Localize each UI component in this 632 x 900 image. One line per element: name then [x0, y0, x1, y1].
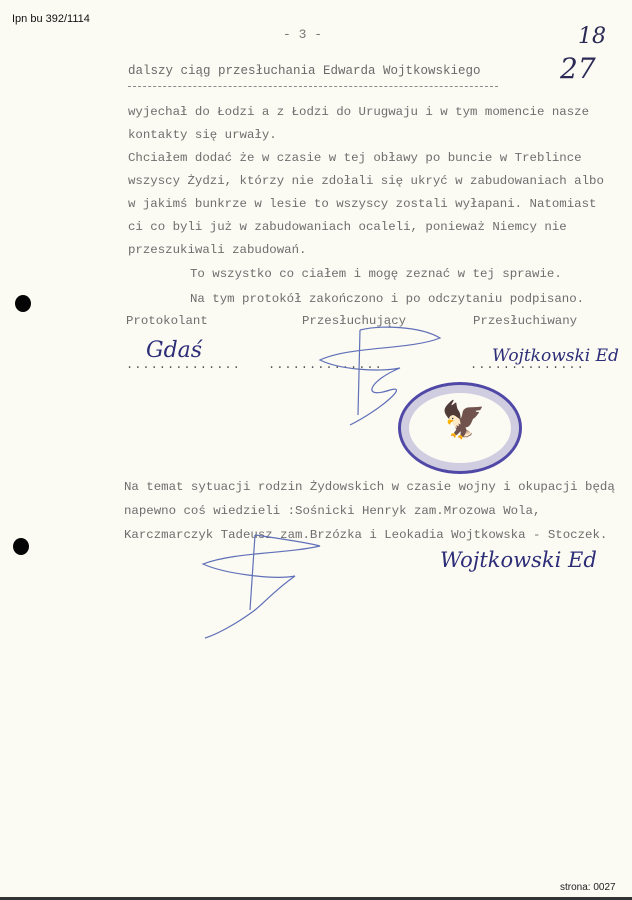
punch-hole-icon: [13, 538, 29, 555]
closing-line: Na tym protokół zakończono i po odczytan…: [128, 288, 628, 311]
signature-addendum: Wojtkowski Ed: [440, 548, 597, 572]
body-line: ci co byli już w zabudowaniach ocaleli, …: [128, 216, 628, 239]
punch-hole-icon: [15, 295, 31, 312]
addendum-line: Na temat sytuacji rodzin Żydowskich w cz…: [124, 475, 632, 499]
handwritten-number-top: 18: [578, 24, 606, 49]
body-line: Chciałem dodać że w czasie w tej obławy …: [128, 147, 628, 170]
body-line: wyjechał do Łodzi a z Łodzi do Urugwaju …: [128, 101, 628, 124]
signature-przesluchiwany: Wojtkowski Ed: [492, 346, 619, 366]
archive-reference: Ipn bu 392/1114: [12, 13, 90, 25]
signature-addendum-scribble-icon: [195, 530, 335, 640]
label-protokolant: Protokolant: [126, 314, 208, 328]
label-przesluchiwany: Przesłuchiwany: [473, 314, 577, 328]
testimony-body: wyjechał do Łodzi a z Łodzi do Urugwaju …: [128, 101, 628, 311]
body-line: kontakty się urwały.: [128, 124, 628, 147]
eagle-emblem-icon: 🦅: [441, 405, 486, 441]
handwritten-number-bottom: 27: [560, 52, 596, 85]
page-number: - 3 -: [283, 27, 322, 42]
addendum-line: napewno coś wiedzieli :Sośnicki Henryk z…: [124, 499, 632, 523]
body-line: w jakimś bunkrze w lesie to wszyscy zost…: [128, 193, 628, 216]
body-line: przeszukiwali zabudowań.: [128, 239, 628, 262]
page-footer: strona: 0027: [560, 882, 616, 893]
body-line: wszyscy Żydzi, którzy nie zdołali się uk…: [128, 170, 628, 193]
closing-line: To wszystko co ciałem i mogę zeznać w te…: [128, 263, 628, 286]
heading-underline: [128, 86, 498, 87]
official-stamp: 🦅: [398, 382, 522, 474]
document-heading: dalszy ciąg przesłuchania Edwarda Wojtko…: [128, 64, 481, 78]
signature-protokolant: Gdaś: [146, 338, 202, 363]
